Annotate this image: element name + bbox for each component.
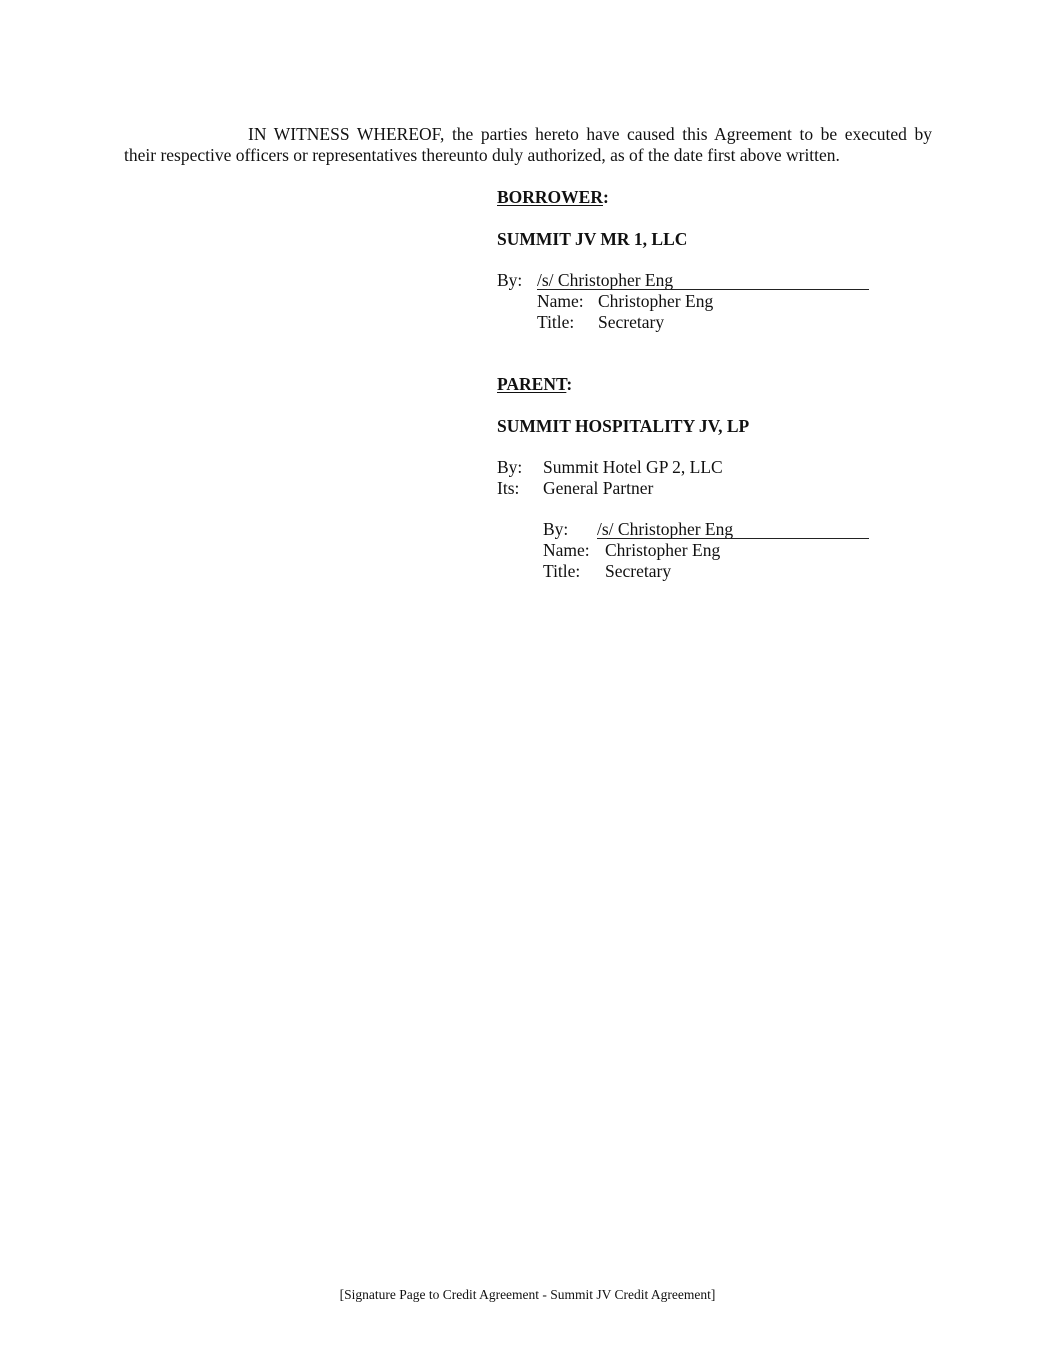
parent-heading-colon: : (566, 374, 572, 394)
borrower-signatory-title: Secretary (598, 312, 664, 333)
witness-clause-line-1: IN WITNESS WHEREOF, the parties hereto h… (248, 124, 932, 145)
witness-clause-line-2: their respective officers or representat… (124, 145, 840, 166)
parent-its-role: General Partner (543, 478, 653, 499)
borrower-signature: /s/ Christopher Eng (537, 270, 673, 291)
parent-heading-label: PARENT (497, 374, 566, 394)
borrower-by-label: By: (497, 270, 522, 291)
parent-signatory-name: Christopher Eng (605, 540, 720, 561)
borrower-title-label: Title: (537, 312, 574, 333)
page-footer: [Signature Page to Credit Agreement - Su… (0, 1286, 1055, 1304)
borrower-signatory-name: Christopher Eng (598, 291, 713, 312)
borrower-entity-name: SUMMIT JV MR 1, LLC (497, 229, 687, 250)
parent-sub-by-label: By: (543, 519, 568, 540)
parent-heading: PARENT: (497, 374, 572, 395)
borrower-heading-colon: : (603, 187, 609, 207)
parent-signatory-title: Secretary (605, 561, 671, 582)
parent-by-label: By: (497, 457, 522, 478)
borrower-name-label: Name: (537, 291, 584, 312)
parent-by-entity: Summit Hotel GP 2, LLC (543, 457, 723, 478)
parent-title-label: Title: (543, 561, 580, 582)
borrower-heading-label: BORROWER (497, 187, 603, 207)
borrower-heading: BORROWER: (497, 187, 609, 208)
parent-name-label: Name: (543, 540, 590, 561)
borrower-signature-line (537, 289, 869, 290)
parent-entity-name: SUMMIT HOSPITALITY JV, LP (497, 416, 749, 437)
parent-its-label: Its: (497, 478, 519, 499)
parent-signature: /s/ Christopher Eng (597, 519, 733, 540)
parent-signature-line (597, 538, 869, 539)
